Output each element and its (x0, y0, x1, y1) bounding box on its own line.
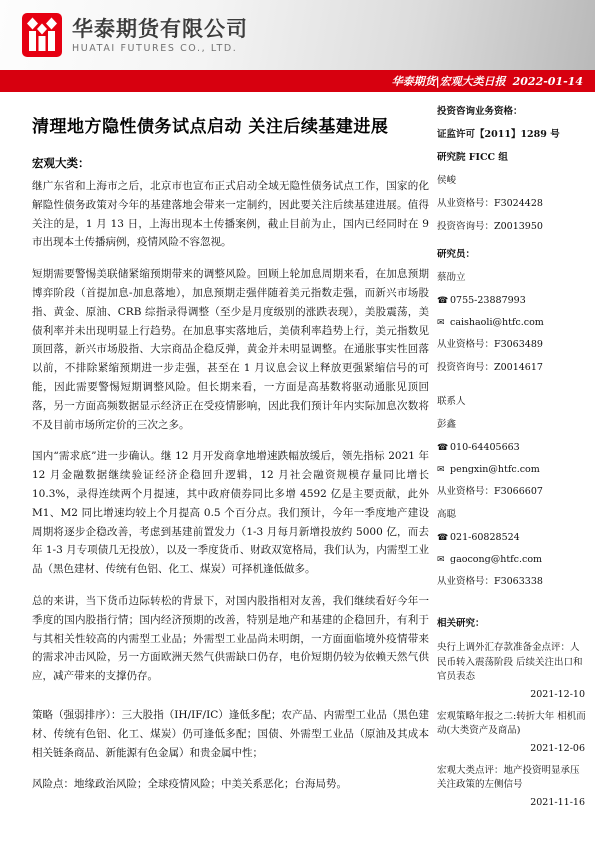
company-name-cn: 华泰期货有限公司 (72, 17, 248, 41)
head-researcher-reg: 从业资格号：F3024428 (437, 198, 587, 210)
contact-card: 彭鑫 ☎ 010-64405663 ✉ pengxin@htfc.com 从业资… (437, 419, 587, 498)
related-research-item: 央行上调外汇存款准备金点评：人民币转入震荡阶段 后续关注出口和官员表态 2021… (437, 641, 587, 700)
email-icon: ✉ (437, 317, 450, 329)
related-research-title: 宏观策略年报之二:转折大年 相机而动(大类资产及商品) (437, 710, 587, 739)
email-icon: ✉ (437, 464, 450, 476)
contact-email[interactable]: pengxin@htfc.com (450, 464, 540, 476)
phone-icon: ☎ (437, 295, 450, 307)
banner-report-type: 华泰期货|宏观大类日报 (392, 73, 506, 89)
researcher-phone: 0755-23887993 (450, 295, 526, 307)
contact-name: 高聪 (437, 509, 587, 521)
related-research-title: 央行上调外汇存款准备金点评：人民币转入震荡阶段 后续关注出口和官员表态 (437, 641, 587, 685)
related-research-heading: 相关研究： (437, 618, 587, 630)
related-research-date: 2021-12-10 (437, 689, 585, 700)
contact-phone-row: ☎ 021-60828524 (437, 532, 587, 544)
researcher-card: 蔡劭立 ☎ 0755-23887993 ✉ caishaoli@htfc.com… (437, 272, 587, 374)
report-banner: 华泰期货|宏观大类日报 2022-01-14 (0, 70, 595, 92)
section-label: 宏观大类： (32, 155, 429, 171)
strategy-paragraph: 策略（强弱排序）：三大股指（IH/IF/IC）逢低多配；农产品、内需型工业品（黑… (32, 706, 429, 762)
contact-reg: 从业资格号：F3066607 (437, 486, 587, 498)
qualification-title: 投资咨询业务资格： (437, 106, 587, 118)
contact-phone-row: ☎ 010-64405663 (437, 442, 587, 454)
body-paragraph: 继广东省和上海市之后，北京市也宣布正式启动全域无隐性债务试点工作，国家的化解隐性… (32, 177, 429, 252)
qualification-license: 证监许可【2011】1289 号 (437, 129, 587, 141)
company-name-en: HUATAI FUTURES CO., LTD. (72, 43, 248, 54)
contact-phone: 021-60828524 (450, 532, 520, 544)
contact-email[interactable]: gaocong@htfc.com (450, 554, 542, 566)
contact-phone: 010-64405663 (450, 442, 520, 454)
contact-heading: 联系人 (437, 396, 587, 408)
researcher-heading: 研究员： (437, 249, 587, 261)
research-group: 研究院 FICC 组 (437, 152, 587, 164)
sidebar: 投资咨询业务资格： 证监许可【2011】1289 号 研究院 FICC 组 侯峻… (437, 106, 587, 818)
related-research-date: 2021-12-06 (437, 743, 585, 754)
page-content: 清理地方隐性债务试点启动 关注后续基建进展 宏观大类： 继广东省和上海市之后，北… (0, 92, 595, 818)
related-research-item: 宏观策略年报之二:转折大年 相机而动(大类资产及商品) 2021-12-06 (437, 710, 587, 754)
phone-icon: ☎ (437, 442, 450, 454)
contact-email-row: ✉ gaocong@htfc.com (437, 554, 587, 566)
contact-email-row: ✉ pengxin@htfc.com (437, 464, 587, 476)
body-paragraph: 国内“需求底”进一步确认。继 12 月开发商拿地增速跌幅放缓后，领先指标 202… (32, 447, 429, 579)
related-research-title: 宏观大类点评：地产投资明显承压 关注政策的左侧信号 (437, 764, 587, 793)
researcher-name: 蔡劭立 (437, 272, 587, 284)
phone-icon: ☎ (437, 532, 450, 544)
risk-paragraph: 风险点：地缘政治风险；全球疫情风险；中美关系恶化；台海局势。 (32, 775, 429, 794)
contact-card: 高聪 ☎ 021-60828524 ✉ gaocong@htfc.com 从业资… (437, 509, 587, 588)
related-research-item: 宏观大类点评：地产投资明显承压 关注政策的左侧信号 2021-11-16 (437, 764, 587, 808)
researcher-email[interactable]: caishaoli@htfc.com (450, 317, 544, 329)
researcher-email-row: ✉ caishaoli@htfc.com (437, 317, 587, 329)
head-researcher-name: 侯峻 (437, 175, 587, 187)
page-title: 清理地方隐性债务试点启动 关注后续基建进展 (32, 112, 429, 137)
contact-reg: 从业资格号：F3063338 (437, 576, 587, 588)
company-name-block: 华泰期货有限公司 HUATAI FUTURES CO., LTD. (72, 17, 248, 54)
body-paragraph: 总的来讲，当下货币边际转松的背景下，对国内股指相对友善，我们继续看好今年一季度的… (32, 592, 429, 686)
contact-name: 彭鑫 (437, 419, 587, 431)
banner-date: 2022-01-14 (513, 75, 583, 88)
researcher-advisory: 投资咨询号：Z0014617 (437, 362, 587, 374)
report-header: 华泰期货有限公司 HUATAI FUTURES CO., LTD. (0, 0, 595, 70)
researcher-reg: 从业资格号：F3063489 (437, 339, 587, 351)
body-paragraph: 短期需要警惕美联储紧缩预期带来的调整风险。回顾上轮加息周期来看，在加息预期博弈阶… (32, 265, 429, 434)
related-research-date: 2021-11-16 (437, 797, 585, 808)
email-icon: ✉ (437, 554, 450, 566)
huatai-logo-icon (22, 13, 62, 57)
main-column: 清理地方隐性债务试点启动 关注后续基建进展 宏观大类： 继广东省和上海市之后，北… (32, 106, 429, 818)
researcher-phone-row: ☎ 0755-23887993 (437, 295, 587, 307)
head-researcher-advisory: 投资咨询号：Z0013950 (437, 221, 587, 233)
